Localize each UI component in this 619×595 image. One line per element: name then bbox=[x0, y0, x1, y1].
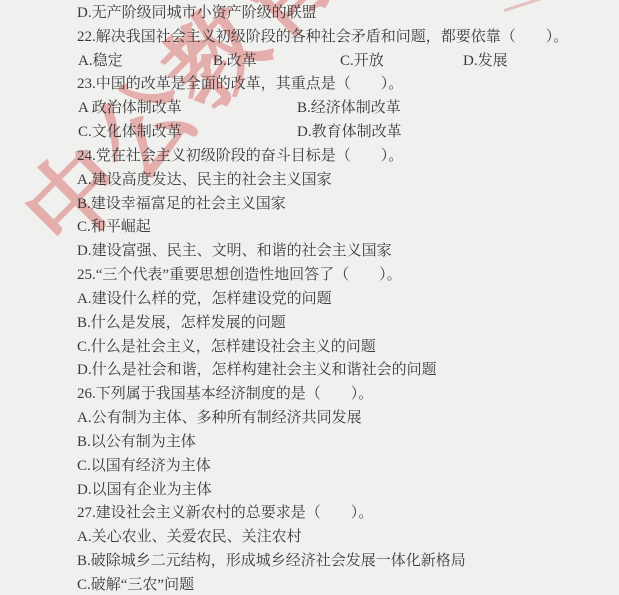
question-line-22: 22.解决我国社会主义初级阶段的各种社会矛盾和问题，都要依靠（ ）。 bbox=[0, 26, 619, 50]
option-22c: C.开放 bbox=[340, 50, 384, 74]
option-line-21d: D.无产阶级同城市小资产阶级的联盟 bbox=[0, 2, 619, 26]
option-line-27a: A.关心农业、关爱农民、关注农村 bbox=[0, 526, 619, 550]
option-line-26b: B.以公有制为主体 bbox=[0, 431, 619, 455]
options-row-23-ab: A 政治体制改革 B.经济体制改革 bbox=[0, 97, 619, 121]
option-line-26a: A.公有制为主体、多种所有制经济共同发展 bbox=[0, 407, 619, 431]
option-line-25d: D.什么是社会和谐，怎样构建社会主义和谐社会的问题 bbox=[0, 359, 619, 383]
question-line-23: 23.中国的改革是全面的改革，其重点是（ ）。 bbox=[0, 73, 619, 97]
exam-document-page: 中公教育 D.无产阶级同城市小资产阶级的联盟 22.解决我国社会主义初级阶段的各… bbox=[0, 0, 619, 595]
option-line-24c: C.和平崛起 bbox=[0, 216, 619, 240]
option-23a: A 政治体制改革 bbox=[78, 97, 182, 121]
option-23b: B.经济体制改革 bbox=[297, 97, 401, 121]
options-row-22: A.稳定 B.改革 C.开放 D.发展 bbox=[0, 50, 619, 74]
option-line-25a: A.建设什么样的党，怎样建设党的问题 bbox=[0, 288, 619, 312]
option-22b: B.改革 bbox=[213, 50, 257, 74]
option-line-25b: B.什么是发展，怎样发展的问题 bbox=[0, 312, 619, 336]
option-23c: C.文化体制改革 bbox=[78, 121, 182, 145]
option-line-27c: C.破解“三农”问题 bbox=[0, 574, 619, 595]
option-line-24b: B.建设幸福富足的社会主义国家 bbox=[0, 193, 619, 217]
option-22d: D.发展 bbox=[463, 50, 508, 74]
option-22a: A.稳定 bbox=[78, 50, 123, 74]
options-row-23-cd: C.文化体制改革 D.教育体制改革 bbox=[0, 121, 619, 145]
option-line-25c: C.什么是社会主义，怎样建设社会主义的问题 bbox=[0, 336, 619, 360]
option-line-27b: B.破除城乡二元结构，形成城乡经济社会发展一体化新格局 bbox=[0, 550, 619, 574]
option-23d: D.教育体制改革 bbox=[297, 121, 402, 145]
option-line-24a: A.建设高度发达、民主的社会主义国家 bbox=[0, 169, 619, 193]
question-list: D.无产阶级同城市小资产阶级的联盟 22.解决我国社会主义初级阶段的各种社会矛盾… bbox=[0, 2, 619, 595]
question-line-25: 25.“三个代表”重要思想创造性地回答了（ ）。 bbox=[0, 264, 619, 288]
question-line-26: 26.下列属于我国基本经济制度的是（ ）。 bbox=[0, 383, 619, 407]
option-line-24d: D.建设富强、民主、文明、和谐的社会主义国家 bbox=[0, 240, 619, 264]
option-line-26c: C.以国有经济为主体 bbox=[0, 455, 619, 479]
question-line-27: 27.建设社会主义新农村的总要求是（ ）。 bbox=[0, 502, 619, 526]
question-line-24: 24.党在社会主义初级阶段的奋斗目标是（ ）。 bbox=[0, 145, 619, 169]
option-line-26d: D.以国有企业为主体 bbox=[0, 479, 619, 503]
